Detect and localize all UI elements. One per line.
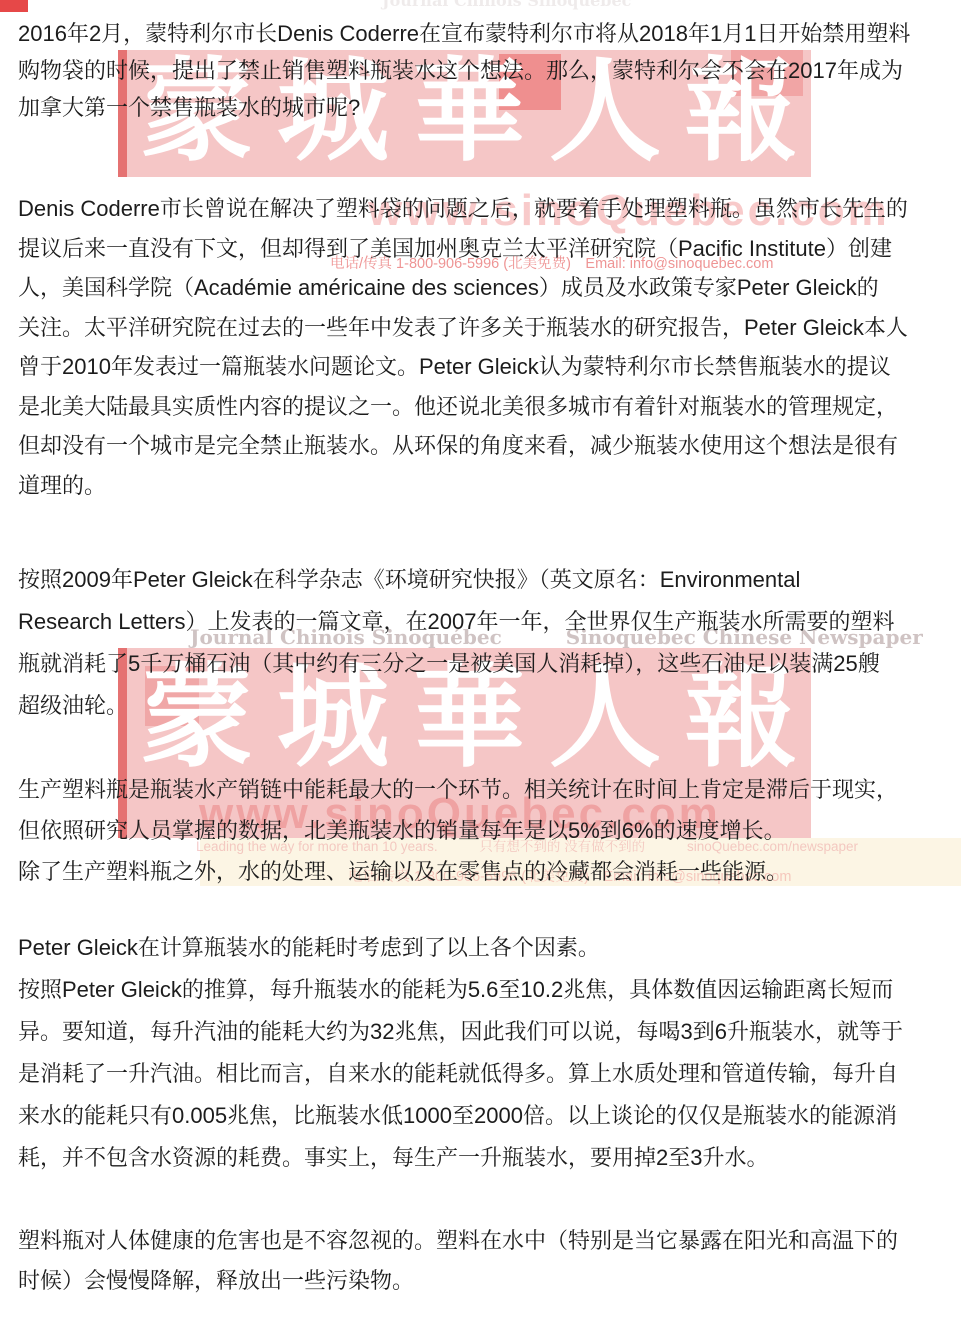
text-line: 2016年2月，蒙特利尔市长Denis Coderre在宣布蒙特利尔市将从201… [18,15,948,52]
text-line: Research Letters）上发表的一篇文章，在2007年一年，全世界仅生… [18,601,948,643]
text-line: 曾于2010年发表过一篇瓶装水问题论文。Peter Gleick认为蒙特利尔市长… [18,347,948,387]
text-line: 人，美国科学院（Académie américaine des sciences… [18,268,948,308]
text-line: 生产塑料瓶是瓶装水产销链中能耗最大的一个环节。相关统计在时间上肯定是滞后于现实， [18,769,948,810]
paragraph: Denis Coderre市长曾说在解决了塑料袋的问题之后，就要着手处理塑料瓶。… [18,189,948,505]
text-line: 来水的能耗只有0.005兆焦，比瓶装水低1000至2000倍。以上谈论的仅仅是瓶… [18,1095,948,1137]
paragraph: 塑料瓶对人体健康的危害也是不容忽视的。塑料在水中（特别是当它暴露在阳光和高温下的… [18,1221,948,1301]
text-line: 除了生产塑料瓶之外，水的处理、运输以及在零售点的冷藏都会消耗一些能源。 [18,851,948,892]
paragraph: 2016年2月，蒙特利尔市长Denis Coderre在宣布蒙特利尔市将从201… [18,15,948,126]
text-line: 按照Peter Gleick的推算，每升瓶装水的能耗为5.6至10.2兆焦，具体… [18,969,948,1011]
paragraph: 生产塑料瓶是瓶装水产销链中能耗最大的一个环节。相关统计在时间上肯定是滞后于现实，… [18,769,948,892]
text-line: 加拿大第一个禁售瓶装水的城市呢? [18,89,948,126]
paragraph: 按照2009年Peter Gleick在科学杂志《环境研究快报》（英文原名：En… [18,559,948,727]
text-line: 瓶就消耗了5千万桶石油（其中约有三分之一是被美国人消耗掉），这些石油足以装满25… [18,643,948,685]
text-line: 时候）会慢慢降解，释放出一些污染物。 [18,1261,948,1301]
text-line: Denis Coderre市长曾说在解决了塑料袋的问题之后，就要着手处理塑料瓶。… [18,189,948,229]
text-line: 异。要知道，每升汽油的能耗大约为32兆焦，因此我们可以说，每喝3到6升瓶装水，就… [18,1011,948,1053]
text-line: 塑料瓶对人体健康的危害也是不容忽视的。塑料在水中（特别是当它暴露在阳光和高温下的 [18,1221,948,1261]
paragraph: Peter Gleick在计算瓶装水的能耗时考虑到了以上各个因素。按照Peter… [18,927,948,1179]
text-line: 提议后来一直没有下文，但却得到了美国加州奥克兰太平洋研究院（Pacific In… [18,229,948,269]
text-line: 关注。太平洋研究院在过去的一些年中发表了许多关于瓶装水的研究报告，Peter G… [18,308,948,348]
text-line: 购物袋的时候，提出了禁止销售塑料瓶装水这个想法。那么，蒙特利尔会不会在2017年… [18,52,948,89]
text-line: 耗，并不包含水资源的耗费。事实上，每生产一升瓶装水，要用掉2至3升水。 [18,1137,948,1179]
text-line: 道理的。 [18,466,948,506]
text-line: 超级油轮。 [18,685,948,727]
text-line: 但依照研究人员掌握的数据，北美瓶装水的销量每年是以5%到6%的速度增长。 [18,810,948,851]
text-line: 按照2009年Peter Gleick在科学杂志《环境研究快报》（英文原名：En… [18,559,948,601]
corner-red-mark [0,0,28,12]
watermark-journal-remnant-text: Journal Chinois Sinoquébec [382,0,631,10]
text-line: Peter Gleick在计算瓶装水的能耗时考虑到了以上各个因素。 [18,927,948,969]
text-line: 但却没有一个城市是完全禁止瓶装水。从环保的角度来看，减少瓶装水使用这个想法是很有 [18,426,948,466]
text-line: 是消耗了一升汽油。相比而言，自来水的能耗就低得多。算上水质处理和管道传输，每升自 [18,1053,948,1095]
text-line: 是北美大陆最具实质性内容的提议之一。他还说北美很多城市有着针对瓶装水的管理规定， [18,387,948,427]
